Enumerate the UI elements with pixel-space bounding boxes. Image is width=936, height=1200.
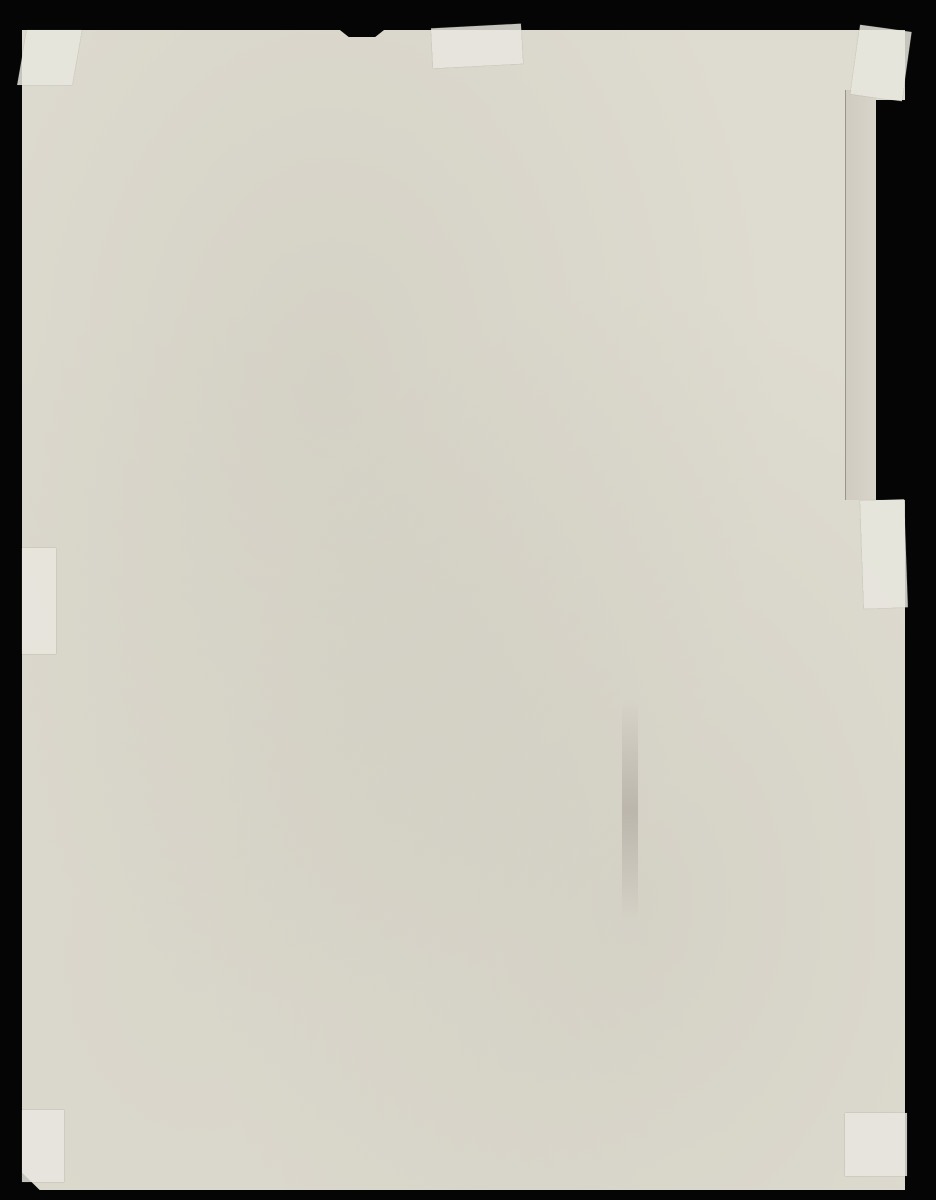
folded-paper-flap [845, 90, 876, 500]
tape-bottom-right [845, 1113, 907, 1176]
tape-right-middle [860, 499, 908, 608]
paper-sheet [22, 30, 905, 1190]
tape-top-left [17, 30, 82, 85]
tape-top-center [431, 24, 523, 69]
tape-bottom-left [22, 1110, 64, 1182]
pencil-smudge [622, 700, 638, 920]
tape-top-right [850, 25, 911, 102]
tape-left-middle [22, 548, 56, 654]
